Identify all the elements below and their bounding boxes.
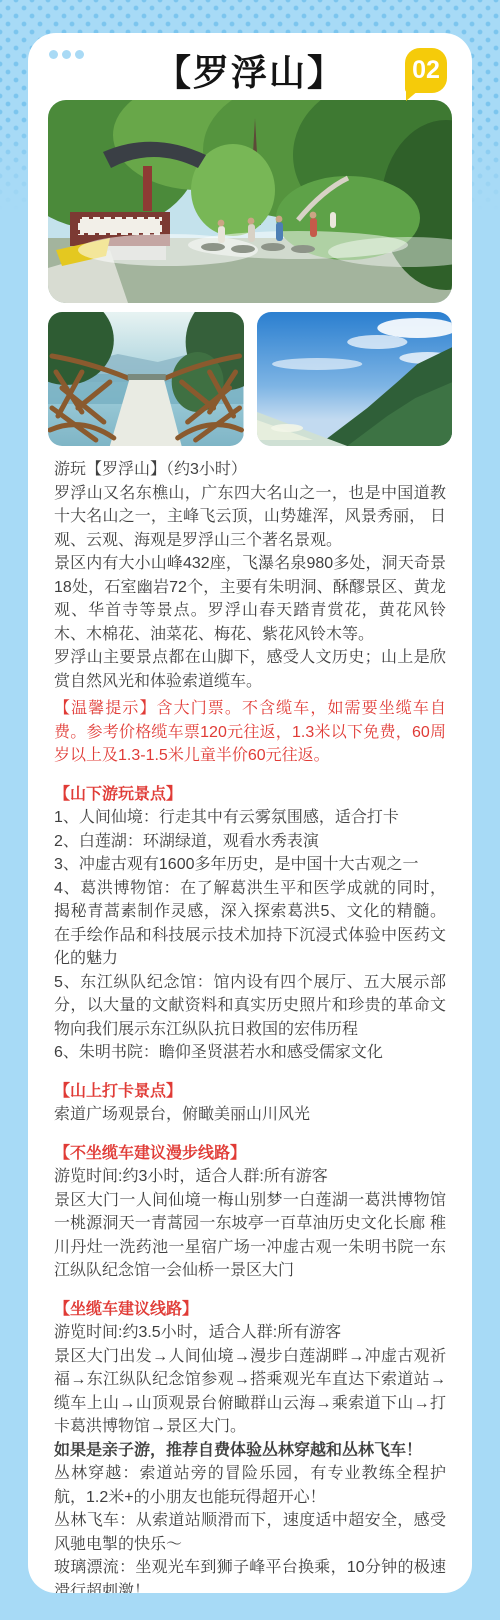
platform-photo-illustration [48,312,244,446]
warm-tips: 【温馨提示】含大门票。不含缆车，如需要坐缆车自费。参考价格缆车票120元往返，1… [54,697,446,768]
photo-viewing-platform [48,312,244,446]
garden-photo-illustration [48,100,452,303]
walk-route-path: 景区大门一人间仙境一梅山别梦一白莲湖一葛洪博物馆一桃源洞天一青蒿园一东坡亭一百草… [54,1189,446,1283]
section-title-walk-route: 【不坐缆车建议漫步线路】 [54,1142,446,1166]
cable-route-item: 丛林飞车：从索道站顺滑而下，速度适中超安全，感受风驰电掣的快乐～ [54,1509,446,1556]
downhill-item: 1、人间仙境：行走其中有云雾氛围感，适合打卡 [54,806,446,830]
cable-route-time: 游览时间:约3.5小时，适合人群:所有游客 [54,1321,446,1345]
dot-icon [75,50,84,59]
walk-route-time: 游览时间:约3小时，适合人群:所有游客 [54,1165,446,1189]
photo-row [48,312,452,446]
photo-garden-pond [48,100,452,303]
dot-icon [49,50,58,59]
uphill-text: 索道广场观景台，俯瞰美丽山川风光 [54,1103,446,1127]
section-title-cable-route: 【坐缆车建议线路】 [54,1298,446,1322]
decor-dots [49,50,84,59]
downhill-item: 2、白莲湖：环湖绿道，观看水秀表演 [54,830,446,854]
note-body: 游玩【罗浮山】（约3小时） 罗浮山又名东樵山，广东四大名山之一，也是中国道教十大… [28,446,472,1593]
downhill-item: 3、冲虚古观有1600多年历史，是中国十大古观之一 [54,853,446,877]
cable-route-item: 玻璃漂流：坐观光车到狮子峰平台换乘，10分钟的极速滑行超刺激！ [54,1556,446,1593]
photo-mountain-sky [257,312,453,446]
card-header: 【罗浮山】 02 [28,33,472,97]
intro-heading: 游玩【罗浮山】（约3小时） [54,458,446,482]
downhill-item: 5、东江纵队纪念馆：馆内设有四个展厅、五大展示部分，以大量的文献资料和真实历史照… [54,971,446,1042]
sky-photo-illustration [257,312,453,446]
note-card: 【罗浮山】 02 [28,33,472,1593]
section-title-downhill: 【山下游玩景点】 [54,783,446,807]
section-title-uphill: 【山上打卡景点】 [54,1080,446,1104]
page-number-badge: 02 [405,48,447,93]
intro-paragraph: 景区内有大小山峰432座，飞瀑名泉980多处，洞天奇景18处，石室幽岩72个，主… [54,552,446,646]
intro-paragraph: 罗浮山主要景点都在山脚下，感受人文历史；山上是欣赏自然风光和体验索道缆车。 [54,646,446,693]
dot-icon [62,50,71,59]
downhill-item: 6、朱明书院：瞻仰圣贤湛若水和感受儒家文化 [54,1041,446,1065]
downhill-item: 4、葛洪博物馆：在了解葛洪生平和医学成就的同时，揭秘青蒿素制作灵感，深入探索葛洪… [54,877,446,971]
cable-route-item: 丛林穿越：索道站旁的冒险乐园，有专业教练全程护航，1.2米+的小朋友也能玩得超开… [54,1462,446,1509]
cable-route-path: 景区大门出发→人间仙境→漫步白莲湖畔→冲虚古观祈福→东江纵队纪念馆参观→搭乘观光… [54,1345,446,1439]
intro-paragraph: 罗浮山又名东樵山，广东四大名山之一，也是中国道教十大名山之一，主峰飞云顶，山势雄… [54,482,446,553]
family-tip: 如果是亲子游，推荐自费体验丛林穿越和丛林飞车！ [54,1439,446,1463]
